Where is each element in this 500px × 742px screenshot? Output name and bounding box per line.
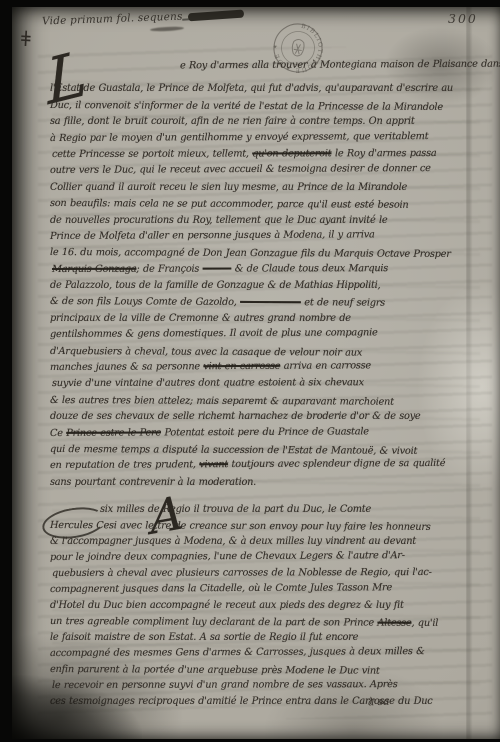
handwritten-text: , qu'il: [411, 618, 438, 629]
handwritten-text: toutjours avec splendeur digne de sa qua…: [228, 458, 445, 470]
manuscript-line: & les autres tres bien attelez; mais sep…: [50, 393, 490, 412]
decorative-initial: L: [44, 42, 88, 115]
handwritten-text: l'Estat de Guastala, le Prince de Molfet…: [50, 83, 453, 94]
handwritten-text: cette Princesse se portoit mieux, tellem…: [52, 148, 252, 160]
manuscript-line: pour le joindre deux compagnies, l'une d…: [50, 548, 490, 566]
handwritten-text: gentilshommes & gens domestiques. Il avo…: [50, 328, 378, 341]
paper-page: Vide primum fol. sequens 300 ǂ BIBLIOTHE…: [12, 7, 500, 739]
handwritten-text: en reputation de tres prudent,: [50, 460, 199, 472]
handwritten-text: sa fille, dont le bruit couroit, afin de…: [50, 116, 415, 127]
handwritten-text: enfin parurent à la portée d'une arquebu…: [50, 664, 380, 677]
handwritten-text: et de neuf seigrs: [301, 298, 385, 309]
handwritten-text: manches jaunes & sa personne: [50, 361, 203, 373]
ink-scribble: [187, 10, 243, 22]
struck-text: Marquis Gonzaga: [52, 263, 136, 274]
handwritten-text: de Palazzolo, tous de la famille de Gonz…: [50, 280, 380, 291]
handwritten-text: principaux de la ville de Cremonne & aut…: [50, 313, 351, 324]
struck-text: ——— ———: [240, 297, 301, 308]
catchword: à sa: [368, 696, 390, 709]
handwritten-text: Duc, il convenoit s'informer de la verit…: [50, 100, 443, 113]
handwritten-text: Potentat estoit pere du Prince de Guasta…: [161, 426, 369, 438]
handwritten-text: douze de ses chevaux de selle richemt ha…: [50, 411, 420, 422]
handwritten-text: & de son fils Louys Comte de Gazoldo,: [50, 296, 240, 308]
manuscript-line: Ce Prince estre le Pere Potentat estoit …: [50, 423, 490, 442]
handwritten-text: de nouvelles procurations du Roy, tellem…: [50, 215, 387, 226]
handwritten-text: son beaufils: mais cela ne se put accomm…: [50, 198, 408, 211]
handwritten-text: un tres agreable compliment luy declaran…: [50, 616, 377, 629]
struck-text: Prince estre le Pere: [66, 427, 161, 438]
manuscript-line: sans pourtant contrevenir à la moderatio…: [50, 475, 490, 491]
handwritten-text: accompagné des mesmes Gens d'armes & Car…: [50, 646, 425, 659]
handwritten-text: Ce: [50, 428, 66, 439]
handwritten-text: outre vers le Duc, qui le receut avec ac…: [50, 163, 431, 176]
handwritten-text: compagnerent jusques dans la Citadelle, …: [50, 582, 392, 595]
manuscript-line: Marquis Gonzaga; de François ——— & de Cl…: [52, 261, 492, 279]
manuscript-text: Le Roy d'armes alla trouver à Montegiana…: [50, 59, 490, 710]
manuscript-line: l'Estat de Guastala, le Prince de Molfet…: [50, 81, 490, 97]
struck-text: ———: [203, 263, 232, 274]
manuscript-line: Hercules Cesi avec lettre de creance sur…: [50, 518, 490, 536]
handwritten-text: & les autres tres bien attelez; mais sep…: [50, 395, 394, 408]
paragraph: Le Roy d'armes alla trouver à Montegiana…: [50, 59, 490, 491]
header-annotation-text: Vide primum fol. sequens: [42, 11, 183, 28]
handwritten-text: le recevoir en personne suyvi d'un grand…: [52, 679, 398, 691]
handwritten-text: six milles de Regio il trouva de la part…: [100, 504, 371, 515]
manuscript-line: Duc, il convenoit s'informer de la verit…: [50, 98, 490, 117]
header-annotation: Vide primum fol. sequens: [42, 8, 244, 27]
margin-collation-mark: ǂ: [20, 27, 31, 51]
handwritten-text: d'Hotel du Duc bien accompagné le receut…: [50, 600, 404, 611]
manuscript-line: suyvie d'une vintaine d'autres dont quat…: [52, 375, 492, 393]
handwritten-text: le 16. du mois, accompagné de Don Jean G…: [50, 247, 451, 260]
paragraph: Asix milles de Regio il trouva de la par…: [50, 502, 490, 710]
handwritten-text: suyvie d'une vintaine d'autres dont quat…: [52, 378, 364, 390]
handwritten-text: arriva en carrosse: [280, 360, 371, 371]
struck-text: Altesse: [377, 618, 411, 629]
handwritten-text: quebusiers à cheval avec plusieurs carro…: [52, 567, 432, 579]
manuscript-line: de Palazzolo, tous de la famille de Gonz…: [50, 278, 490, 294]
manuscript-line: compagnerent jusques dans la Citadelle, …: [50, 580, 490, 598]
handwritten-text: & de Claude tous deux Marquis: [231, 263, 388, 274]
manuscript-line: manches jaunes & sa personne vint en car…: [50, 358, 490, 377]
manuscript-line: accompagné des mesmes Gens d'armes & Car…: [50, 644, 490, 662]
manuscript-line: en reputation de tres prudent, vivant to…: [50, 456, 490, 475]
struck-text: vivant: [199, 459, 228, 470]
handwritten-text: Hercules Cesi avec lettre de creance sur…: [50, 520, 431, 533]
handwritten-text: Collier quand il auroit receu le sien lu…: [50, 182, 407, 193]
struck-text: vint en carrosse: [203, 361, 280, 372]
handwritten-text: le Roy d'armes passa: [331, 148, 436, 159]
manuscript-line: Prince de Molfeta d'aller en personne ju…: [50, 227, 490, 246]
decorative-initial: A: [149, 489, 185, 541]
manuscript-line: le recevoir en personne suyvi d'un grand…: [52, 677, 492, 694]
manuscript-line: à Regio par le moyen d'un gentilhomme y …: [50, 128, 490, 147]
manuscript-line: & de son fils Louys Comte de Gazoldo, ——…: [50, 294, 490, 313]
handwritten-text: le faisoit maistre de son Estat. A sa so…: [50, 632, 358, 643]
manuscript-line: six milles de Regio il trouva de la part…: [50, 502, 490, 518]
manuscript-line: outre vers le Duc, qui le receut avec ac…: [50, 161, 490, 180]
folio-number: 300: [448, 11, 478, 26]
handwritten-text: pour le joindre deux compagnies, l'une d…: [50, 550, 405, 563]
handwritten-text: Prince de Molfeta d'aller en personne ju…: [50, 229, 375, 242]
handwritten-text: ; de François: [136, 263, 202, 274]
manuscript-line: e Roy d'armes alla trouver à Montegiana …: [50, 57, 490, 76]
manuscript-scan: Vide primum fol. sequens 300 ǂ BIBLIOTHE…: [0, 0, 500, 742]
manuscript-line: Collier quand il auroit receu le sien lu…: [50, 180, 490, 196]
handwritten-text: e Roy d'armes alla trouver à Montegiana …: [180, 59, 500, 72]
handwritten-text: à Regio par le moyen d'un gentilhomme y …: [50, 131, 428, 144]
manuscript-line: un tres agreable compliment luy declaran…: [50, 614, 490, 632]
stamp-emblem: [291, 39, 305, 57]
handwritten-text: & l'accompagner jusques à Modena, & à de…: [50, 536, 416, 547]
handwritten-text: d'Arquebusiers à cheval, tous avec la ca…: [50, 346, 362, 359]
struck-text: qu'on deputeroit: [252, 148, 331, 159]
interline-scribble: [150, 26, 184, 32]
handwritten-text: qui de mesme temps a disputé la successi…: [50, 444, 417, 457]
manuscript-line: son beaufils: mais cela ne se put accomm…: [50, 196, 490, 215]
manuscript-line: d'Hotel du Duc bien accompagné le receut…: [50, 598, 490, 614]
manuscript-line: ces tesmoignages reciproques d'amitié le…: [50, 694, 490, 710]
manuscript-line: gentilshommes & gens domestiques. Il avo…: [50, 325, 490, 344]
handwritten-text: sans pourtant contrevenir à la moderatio…: [50, 477, 256, 488]
